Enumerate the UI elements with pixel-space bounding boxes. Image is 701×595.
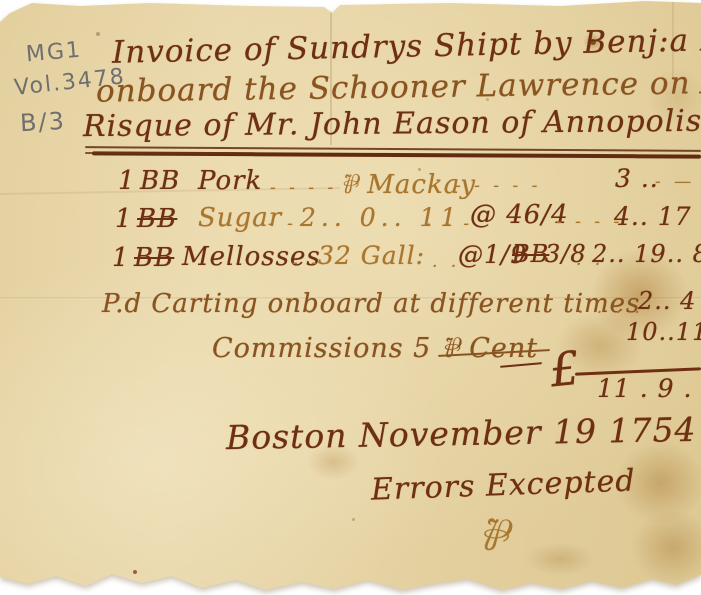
document-scan: MG1 Vol.3478 B/3 Invoice of Sundrys Ship… — [0, 0, 701, 595]
item-amount: 4.. 17 — [614, 202, 692, 231]
stain-bottom-mid — [510, 535, 610, 583]
item-measure: 32 Gall: — [318, 241, 425, 270]
heading-rule-bottom — [92, 151, 701, 158]
charge-desc-commissions: Commissions 5 ⅌ Cent — [212, 328, 538, 365]
place-date-line: Boston November 19 1754 — [226, 410, 697, 457]
leader-dashes: - - - - - — [455, 176, 541, 196]
item-rate-unit-struck: BB — [512, 240, 549, 268]
heading-line-2: onboard the Schooner Lawrence on Account… — [96, 62, 701, 109]
heading-line-1: Invoice of Sundrys Shipt by Benj:a Hallo… — [112, 19, 701, 71]
item-rate: @ 46/4 — [470, 200, 569, 230]
item-qty: 1 — [112, 243, 130, 273]
charge-amount: 2.. 4 — [638, 287, 696, 315]
ink-speck-4 — [352, 518, 355, 521]
archival-mark-collection: MG1 — [25, 38, 83, 68]
ink-speck-3 — [133, 570, 137, 574]
leader-dashes: - - — [292, 253, 321, 273]
leader-dashes: - - - - — [270, 178, 337, 198]
leader-dots: . . — [432, 252, 460, 272]
leader-dots: . . . . — [578, 298, 644, 318]
ink-speck-1 — [96, 32, 100, 36]
paper-shadow-wrap: MG1 Vol.3478 B/3 Invoice of Sundrys Ship… — [0, 0, 701, 595]
archival-mark-box: B/3 — [19, 107, 66, 137]
item-qty: 1 — [118, 166, 136, 196]
heading-rule-left-stub — [85, 152, 235, 154]
heading-rule-top — [85, 146, 701, 152]
item-unit-struck: BB — [134, 243, 174, 273]
charge-desc-carting: P.d Carting onboard at different times — [102, 289, 640, 319]
heading-line-3: Risque of Mr. John Eason of Annopolis Ro… — [83, 103, 701, 144]
leader-dashes: - - - — [425, 214, 473, 234]
charge-amount: 10..11 — [626, 318, 701, 346]
item-unit: BB — [140, 166, 180, 196]
item-amount: 2.. 19.. 8 — [592, 240, 701, 268]
item-amount: 3 .. — [615, 164, 659, 193]
stain-bottom-right — [615, 495, 701, 595]
manuscript-paper: MG1 Vol.3478 B/3 Invoice of Sundrys Ship… — [0, 0, 701, 595]
item-desc: Pork — [198, 166, 262, 196]
leader-dashes: - - — [268, 214, 297, 234]
pound-sign: £ — [547, 341, 583, 398]
per-flourish-mark: ⅌ — [475, 502, 511, 565]
total-amount: 11 . 9 . 11 — [597, 374, 701, 403]
errors-excepted-note: Errors Excepted — [370, 463, 636, 507]
item-qty: 1 — [115, 204, 133, 234]
leader-dashes: - — — [655, 172, 695, 192]
item-unit-struck: BB — [137, 204, 177, 234]
